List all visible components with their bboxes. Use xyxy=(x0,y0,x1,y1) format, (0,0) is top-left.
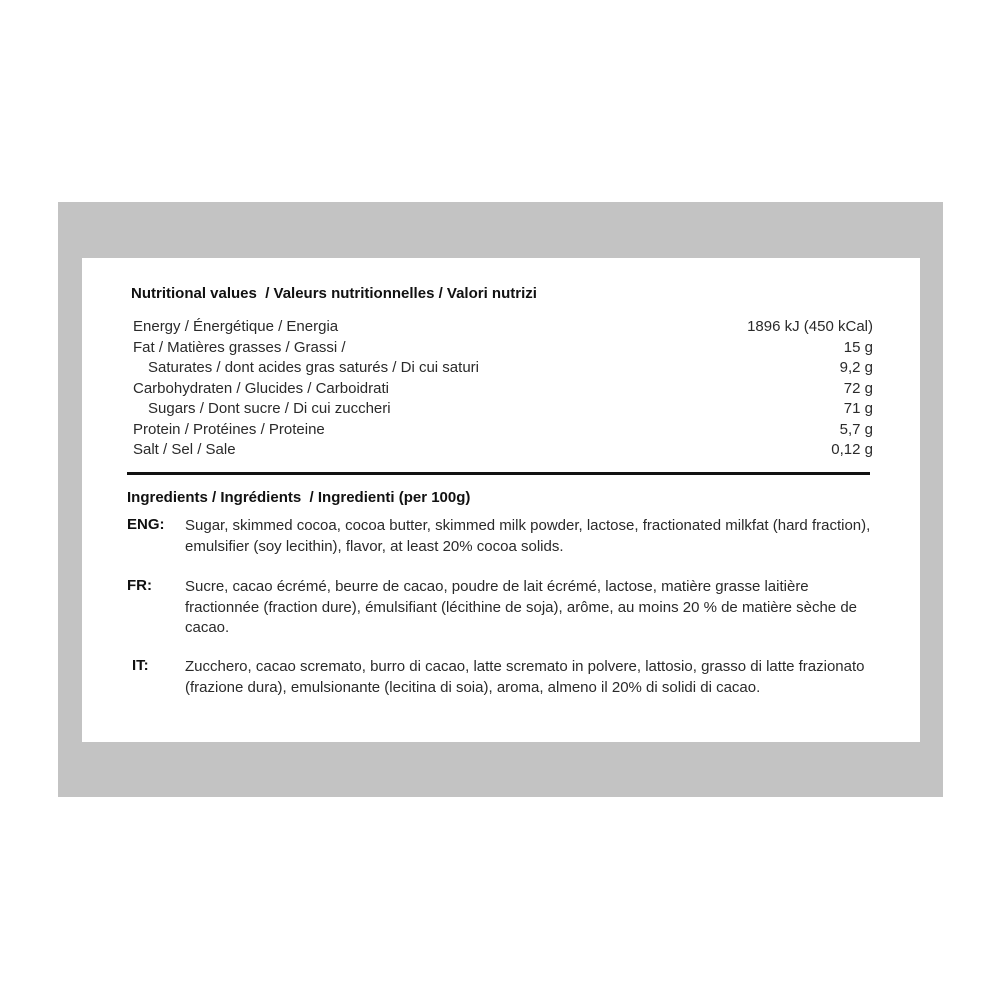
nutrition-row-salt: Salt / Sel / Sale 0,12 g xyxy=(133,441,873,462)
nutrient-value: 15 g xyxy=(844,339,873,356)
ingredients-french: FR: Sucre, cacao écrémé, beurre de cacao… xyxy=(127,577,887,639)
language-code: IT: xyxy=(127,657,185,698)
nutrition-table: Energy / Énergétique / Energia 1896 kJ (… xyxy=(133,318,873,462)
nutrient-value: 1896 kJ (450 kCal) xyxy=(747,318,873,335)
language-code: ENG: xyxy=(127,516,185,557)
nutrient-value: 72 g xyxy=(844,380,873,397)
nutrition-row-sugars: Sugars / Dont sucre / Di cui zuccheri 71… xyxy=(133,400,873,421)
nutrient-value: 0,12 g xyxy=(831,441,873,458)
nutrient-label: Salt / Sel / Sale xyxy=(133,441,236,458)
ingredients-text: Sugar, skimmed cocoa, cocoa butter, skim… xyxy=(185,516,885,557)
nutrient-label: Sugars / Dont sucre / Di cui zuccheri xyxy=(133,400,391,417)
ingredients-text: Sucre, cacao écrémé, beurre de cacao, po… xyxy=(185,577,885,639)
nutrition-row-protein: Protein / Protéines / Proteine 5,7 g xyxy=(133,421,873,442)
nutrition-row-carbohydrates: Carbohydraten / Glucides / Carboidrati 7… xyxy=(133,380,873,401)
nutrient-label: Fat / Matières grasses / Grassi / xyxy=(133,339,346,356)
nutrient-value: 9,2 g xyxy=(840,359,873,376)
nutrition-title: Nutritional values / Valeurs nutritionne… xyxy=(131,285,537,302)
nutrient-value: 5,7 g xyxy=(840,421,873,438)
nutrient-value: 71 g xyxy=(844,400,873,417)
ingredients-text: Zucchero, cacao scremato, burro di cacao… xyxy=(185,657,885,698)
nutrition-row-saturates: Saturates / dont acides gras saturés / D… xyxy=(133,359,873,380)
nutrient-label: Carbohydraten / Glucides / Carboidrati xyxy=(133,380,389,397)
nutrition-row-energy: Energy / Énergétique / Energia 1896 kJ (… xyxy=(133,318,873,339)
nutrition-row-fat: Fat / Matières grasses / Grassi / 15 g xyxy=(133,339,873,360)
nutrient-label: Protein / Protéines / Proteine xyxy=(133,421,325,438)
nutrient-label: Saturates / dont acides gras saturés / D… xyxy=(133,359,479,376)
ingredients-title: Ingredients / Ingrédients / Ingredienti … xyxy=(127,489,470,506)
ingredients-italian: IT: Zucchero, cacao scremato, burro di c… xyxy=(127,657,887,698)
section-divider xyxy=(127,472,870,475)
language-code: FR: xyxy=(127,577,185,639)
ingredients-english: ENG: Sugar, skimmed cocoa, cocoa butter,… xyxy=(127,516,887,557)
nutrient-label: Energy / Énergétique / Energia xyxy=(133,318,338,335)
